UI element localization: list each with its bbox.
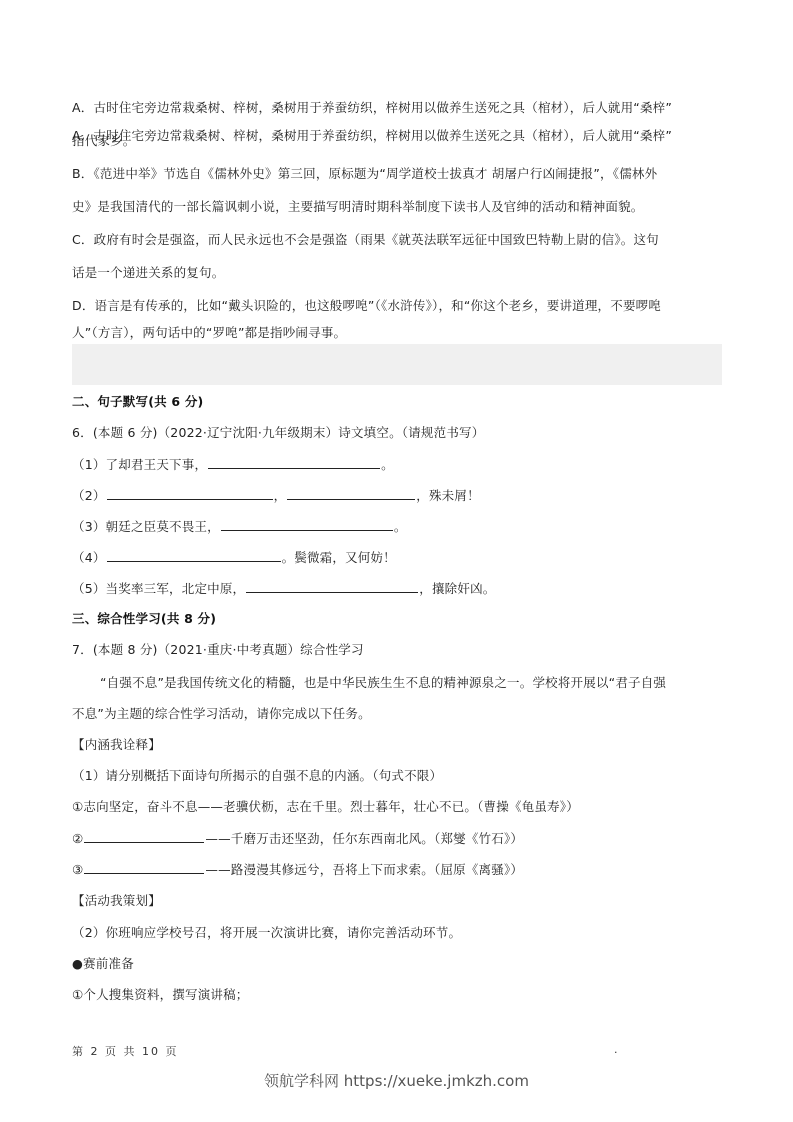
blank-input[interactable] xyxy=(208,456,380,469)
fill-item-4: （4）。鬓微霜，又何妨！ xyxy=(72,549,722,566)
fill-item-2: （2），，殊未屑！ xyxy=(72,487,722,504)
blank-input[interactable] xyxy=(107,549,281,562)
watermark-link[interactable]: 领航学科网 https://xueke.jmkzh.com xyxy=(0,1070,793,1091)
fill-item-1: （1）了却君王天下事，。 xyxy=(72,456,722,473)
heading-activity: 【活动我策划】 xyxy=(72,893,722,909)
question-7-2: （2）你班响应学校号召，将开展一次演讲比赛，请你完善活动环节。 xyxy=(72,925,722,941)
option-a-line2: 指代家乡。 xyxy=(72,133,722,149)
footer-dot: . xyxy=(614,1043,618,1056)
blank-input[interactable] xyxy=(84,830,204,843)
section2-title: 二、句子默写(共 6 分) xyxy=(72,394,722,410)
step-1: ①个人搜集资料，撰写演讲稿； xyxy=(72,987,722,1003)
option-d-line1: D．语言是有传承的，比如“戴头识险的，也这般啰唣”（《水浒传》），和“你这个老乡… xyxy=(72,298,722,314)
option-b-line1: B．《范进中举》节选自《儒林外史》第三回，原标题为“周学道校士拔真才 胡屠户行凶… xyxy=(72,166,722,182)
option-b-line2: 史》是我国清代的一部长篇讽刺小说，主要描写明清时期科举制度下读书人及官绅的活动和… xyxy=(72,199,722,215)
blank-input[interactable] xyxy=(107,487,273,500)
q1-item-3: ③——路漫漫其修远兮，吾将上下而求索。（屈原《离骚》） xyxy=(72,861,722,878)
question-7: 7．(本题 8 分)（2021·重庆·中考真题）综合性学习 xyxy=(72,642,722,658)
intro-line2: 不息”为主题的综合性学习活动，请你完成以下任务。 xyxy=(72,706,722,722)
blank-input[interactable] xyxy=(221,518,393,531)
question-6: 6．(本题 6 分)（2022·辽宁沈阳·九年级期末）诗文填空。（请规范书写） xyxy=(72,425,722,441)
question-7-1: （1）请分别概括下面诗句所揭示的自强不息的内涵。（句式不限） xyxy=(72,768,722,784)
intro-line1: “自强不息”是我国传统文化的精髓，也是中华民族生生不息的精神源泉之一。学校将开展… xyxy=(100,675,750,691)
blank-input[interactable] xyxy=(246,580,418,593)
option-d-line2: 人”（方言），两句话中的“罗唣”都是指吵闹寻事。 xyxy=(72,325,722,341)
answer-area-box xyxy=(72,344,722,385)
option-a-line1-text: A．古时住宅旁边常栽桑树、梓树，桑树用于养蚕纺织，梓树用以做养生送死之具（棺材）… xyxy=(72,100,722,116)
page-number: 第 2 页 共 10 页 xyxy=(72,1043,178,1059)
fill-item-5: （5）当奖率三军，北定中原，，攘除奸凶。 xyxy=(72,580,722,597)
q1-item-2: ②——千磨万击还坚劲，任尔东西南北风。（郑燮《竹石》） xyxy=(72,830,722,847)
option-c-line2: 话是一个递进关系的复句。 xyxy=(72,265,722,281)
fill-item-3: （3）朝廷之臣莫不畏王，。 xyxy=(72,518,722,535)
bullet-preparation: ●赛前准备 xyxy=(72,956,722,972)
document-page: A．古时住宅旁边常栽桑树、梓树，桑树用于养蚕纺织，梓树用以做养生送死之具（棺材）… xyxy=(0,0,793,1122)
section3-title: 三、综合性学习(共 8 分) xyxy=(72,611,722,627)
blank-input[interactable] xyxy=(84,861,204,874)
heading-connotation: 【内涵我诠释】 xyxy=(72,737,722,753)
blank-input[interactable] xyxy=(287,487,415,500)
option-c-line1: C．政府有时会是强盗，而人民永远也不会是强盗（雨果《就英法联军远征中国致巴特勒上… xyxy=(72,232,722,248)
q1-item-1: ①志向坚定，奋斗不息——老骥伏枥，志在千里。烈士暮年，壮心不已。（曹操《龟虽寿》… xyxy=(72,799,722,815)
